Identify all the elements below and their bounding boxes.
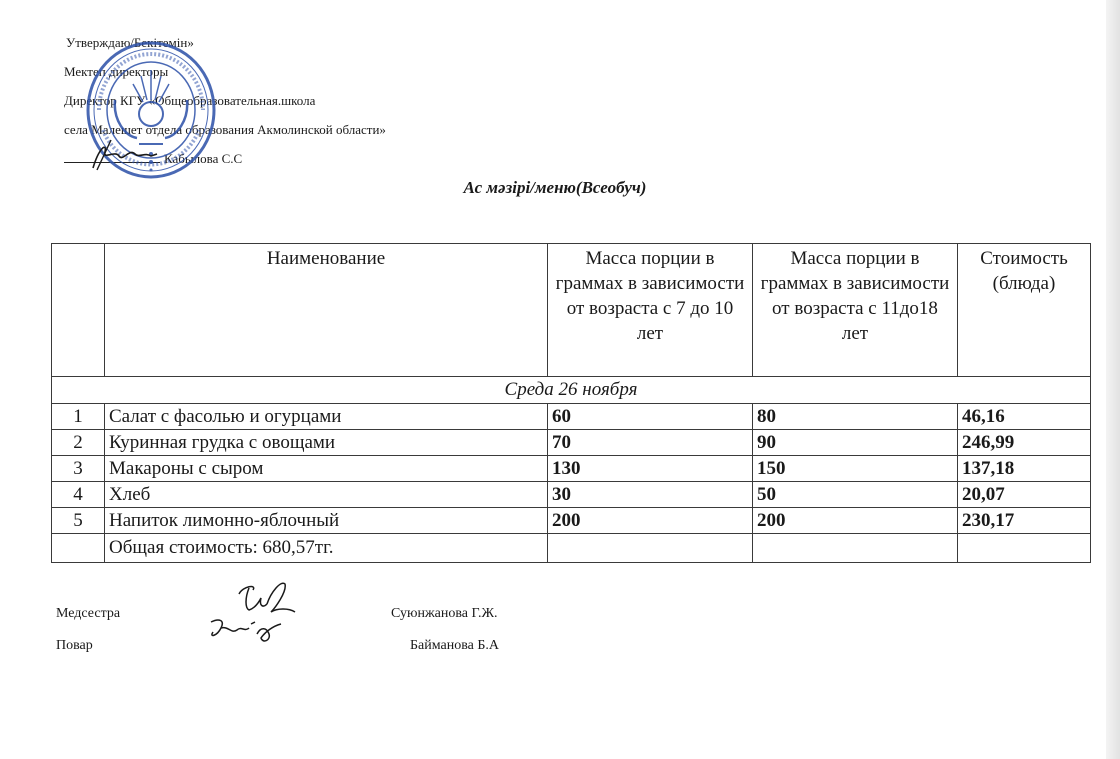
total-cost: Общая стоимость: 680,57тг.: [105, 534, 548, 563]
total-empty-c: [958, 534, 1091, 563]
dish-cost: 246,99: [958, 430, 1091, 456]
mass-11-18: 50: [753, 482, 958, 508]
staff-name: Суюнжанова Г.Ж.: [391, 606, 498, 622]
mass-7-10: 60: [548, 404, 753, 430]
dish-cost: 46,16: [958, 404, 1091, 430]
handwritten-signature-icon: [205, 578, 305, 648]
table-header-row: Наименование Масса порции в граммах в за…: [52, 244, 1091, 377]
row-number: 2: [52, 430, 105, 456]
table-row: 2 Куринная грудка с овощами 70 90 246,99: [52, 430, 1091, 456]
header-number: [52, 244, 105, 377]
total-empty-num: [52, 534, 105, 563]
dish-name: Напиток лимонно-яблочный: [105, 508, 548, 534]
header-mass-7-10: Масса порции в граммах в зависимости от …: [548, 244, 753, 377]
table-row: 3 Макароны с сыром 130 150 137,18: [52, 456, 1091, 482]
mass-11-18: 150: [753, 456, 958, 482]
dish-name: Куринная грудка с овощами: [105, 430, 548, 456]
header-mass-11-18: Масса порции в граммах в зависимости от …: [753, 244, 958, 377]
table-row: 4 Хлеб 30 50 20,07: [52, 482, 1091, 508]
approval-line-3: Директор КГУ «Общеобразовательная.школа: [64, 86, 386, 115]
total-empty-a: [548, 534, 753, 563]
menu-table: Наименование Масса порции в граммах в за…: [51, 243, 1091, 563]
row-number: 4: [52, 482, 105, 508]
header-name: Наименование: [105, 244, 548, 377]
row-number: 3: [52, 456, 105, 482]
staff-name: Байманова Б.А: [410, 638, 499, 654]
dish-cost: 20,07: [958, 482, 1091, 508]
dish-name: Хлеб: [105, 482, 548, 508]
approval-line-4: села Малешет отдела образования Акмолинс…: [64, 115, 386, 144]
dish-cost: 230,17: [958, 508, 1091, 534]
table-row: 5 Напиток лимонно-яблочный 200 200 230,1…: [52, 508, 1091, 534]
page-edge-shadow: [1106, 0, 1120, 759]
mass-7-10: 130: [548, 456, 753, 482]
dish-name: Макароны с сыром: [105, 456, 548, 482]
dish-cost: 137,18: [958, 456, 1091, 482]
row-number: 5: [52, 508, 105, 534]
dish-name: Салат с фасолью и огурцами: [105, 404, 548, 430]
table-row: 1 Салат с фасолью и огурцами 60 80 46,16: [52, 404, 1091, 430]
mass-11-18: 80: [753, 404, 958, 430]
day-label: Среда 26 ноября: [52, 377, 1091, 404]
mass-7-10: 200: [548, 508, 753, 534]
approval-signature-line: Кабылова С.С: [64, 144, 386, 173]
page-title: Ас мәзірі/меню(Всеобуч): [0, 178, 1110, 198]
staff-role: Медсестра: [56, 606, 120, 622]
approval-line-1: Утверждаю/Бекітемін»: [64, 28, 386, 57]
mass-7-10: 30: [548, 482, 753, 508]
total-row: Общая стоимость: 680,57тг.: [52, 534, 1091, 563]
mass-7-10: 70: [548, 430, 753, 456]
mass-11-18: 200: [753, 508, 958, 534]
header-cost: Стоимость (блюда): [958, 244, 1091, 377]
approval-line-2: Мектеп директоры: [64, 57, 386, 86]
row-number: 1: [52, 404, 105, 430]
mass-11-18: 90: [753, 430, 958, 456]
day-row: Среда 26 ноября: [52, 377, 1091, 404]
staff-role: Повар: [56, 638, 93, 654]
signature-blank: [64, 162, 160, 163]
approval-block: Утверждаю/Бекітемін» Мектеп директоры Ди…: [64, 28, 386, 173]
total-empty-b: [753, 534, 958, 563]
approval-signatory: Кабылова С.С: [164, 151, 242, 166]
